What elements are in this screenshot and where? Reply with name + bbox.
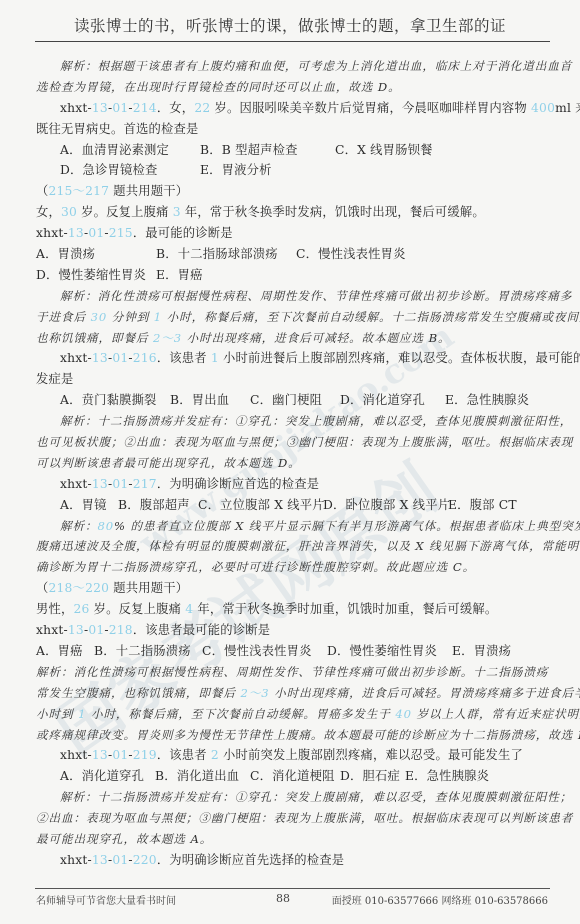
question-line: xhxt-13-01-219．该患者 2 小时前突发上腹部剧烈疼痛，难以忍受。最…: [36, 745, 548, 766]
answer-option: A．胃癌: [36, 641, 94, 662]
highlighted-number: ～: [73, 184, 86, 198]
text-segment: 分钟到: [107, 310, 154, 324]
highlighted-number: 215: [109, 226, 133, 240]
answer-option: E．急性胰腺炎: [405, 766, 495, 787]
text-segment: xhxt-: [36, 623, 68, 637]
answer-options: A．贲门黏膜撕裂B．胃出血C．幽门梗阻D．消化道穿孔E．急性胰腺炎: [36, 390, 548, 411]
answer-option: C．慢性浅表性胃炎: [296, 244, 416, 265]
answer-option: B．胃出血: [170, 390, 250, 411]
question-line: xhxt-13-01-216．该患者 1 小时前进餐后上腹部剧烈疼痛，难以忍受。…: [36, 348, 548, 369]
highlighted-number: 22: [194, 101, 210, 115]
explanation-line: 或疼痛规律改变。胃炎则多为慢性无节律性上腹痛。故本题最可能的诊断应为十二指肠溃疡…: [36, 725, 548, 746]
highlighted-number: 30: [91, 310, 108, 324]
question-line: （215～217 题共用题干）: [36, 181, 548, 202]
explanation-line: 常发生空腹痛，也称饥饿痛，即餐后 2～3 小时出现疼痛，进食后可减轻。胃溃疡疼痛…: [36, 683, 548, 704]
highlighted-number: 13: [92, 748, 108, 762]
highlighted-number: 40: [395, 707, 412, 721]
answer-options: D．慢性萎缩性胃炎E．胃癌: [36, 265, 548, 286]
text-segment: 小时，称餐后痛，至下次餐前自动缓解。十二指肠溃疡常发生空腹痛或夜间痛，: [162, 310, 580, 324]
answer-option: E．胃癌: [156, 265, 256, 286]
question-line: 既往无胃病史。首选的检查是: [36, 119, 548, 140]
explanation-line: 解析：根据题干该患者有上腹灼痛和血便，可考虑为上消化道出血，临床上对于消化道出血…: [36, 56, 548, 77]
explanation-line: ②出血：表现为呕血与黑便；③幽门梗阻：表现为上腹胀满，呕吐。根据临床表现可以判断…: [36, 808, 548, 829]
question-line: xhxt-13-01-218．该患者最可能的诊断是: [36, 620, 548, 641]
answer-option: D．慢性萎缩性胃炎: [327, 641, 452, 662]
highlighted-number: 13: [68, 623, 84, 637]
explanation-line: 腹痛迅速波及全腹，体检有明显的腹膜刺激征，肝浊音界消失，以及 X 线见膈下游离气…: [36, 536, 548, 557]
text-segment: 小时，称餐后痛，至下次餐前自动缓解。胃癌多发生于: [86, 707, 395, 721]
text-segment: 男性，: [36, 602, 74, 616]
highlighted-number: 30: [61, 205, 77, 219]
text-segment: xhxt-: [60, 477, 92, 491]
text-segment: ．该患者: [157, 748, 211, 762]
answer-options: A．胃癌B．十二指肠溃疡C．慢性浅表性胃炎D．慢性萎缩性胃炎E．胃溃疡: [36, 641, 548, 662]
highlighted-number: 13: [92, 351, 108, 365]
text-segment: 也称饥饿痛，即餐后: [36, 331, 153, 345]
text-segment: xhxt-: [60, 351, 92, 365]
highlighted-number: 220: [85, 581, 109, 595]
question-line: xhxt-13-01-217．为明确诊断应首选的检查是: [36, 474, 548, 495]
explanation-line: 小时到 1 小时，称餐后痛，至下次餐前自动缓解。胃癌多发生于 40 岁以上人群，…: [36, 704, 548, 725]
text-segment: 小时出现疼痛，进食后可减轻。胃溃疡疼痛多于进食后半: [270, 686, 580, 700]
text-segment: 小时出现疼痛，进食后可减轻。故本题应选 B。: [182, 331, 450, 345]
highlighted-number: 01: [112, 101, 128, 115]
highlighted-number: 217: [133, 477, 157, 491]
text-segment: 常发生空腹痛，也称饥饿痛，即餐后: [36, 686, 241, 700]
text-segment: 解析：: [60, 519, 97, 533]
highlighted-number: 220: [133, 853, 157, 867]
answer-option: A．消化道穿孔: [60, 766, 155, 787]
text-segment: 小时前进餐后上腹部剧烈疼痛，难以忍受。查体板状腹，最可能的并: [219, 351, 580, 365]
text-segment: xhxt-: [60, 101, 92, 115]
text-segment: 小时前突发上腹部剧烈疼痛，难以忍受。最可能发生了: [219, 748, 523, 762]
text-segment: ．该患者最可能的诊断是: [133, 623, 270, 637]
highlighted-number: 01: [88, 226, 104, 240]
highlighted-number: 2～3: [153, 331, 182, 345]
highlighted-number: 13: [92, 853, 108, 867]
document-body: 解析：根据题干该患者有上腹灼痛和血便，可考虑为上消化道出血，临床上对于消化道出血…: [36, 56, 548, 871]
highlighted-number: 1: [211, 351, 219, 365]
explanation-line: 解析：消化性溃疡可根据慢性病程、周期性发作、节律性疼痛可做出初步诊断。胃溃疡疼痛…: [36, 286, 548, 307]
explanation-line: 确诊断为胃十二指肠溃疡穿孔，必要时可进行诊断性腹腔穿刺。故此题应选 C。: [36, 557, 548, 578]
highlighted-number: 13: [68, 226, 84, 240]
page-header-title: 读张博士的书，听张博士的课，做张博士的题，拿卫生部的证: [0, 14, 580, 36]
answer-options: A．胃镜B．腹部超声C．立位腹部 X 线平片D．卧位腹部 X 线平片E．腹部 C…: [36, 495, 548, 516]
answer-option: C．立位腹部 X 线平片: [198, 495, 323, 516]
text-segment: 于进食后: [36, 310, 91, 324]
text-segment: （: [36, 184, 49, 198]
explanation-line: 解析：十二指肠溃疡并发症有：①穿孔：突发上腹剧痛，难以忍受，查体见腹膜刺激征阳性…: [36, 411, 548, 432]
text-segment: ．最可能的诊断是: [133, 226, 233, 240]
text-segment: 岁。反复上腹痛: [77, 205, 173, 219]
answer-option: C．慢性浅表性胃炎: [202, 641, 327, 662]
answer-option: D．胆石症: [340, 766, 405, 787]
text-segment: % 的患者直立位腹部 X 线平片显示膈下有半月形游离气体。根据患者临床上典型突发: [114, 519, 580, 533]
highlighted-number: ～: [73, 581, 86, 595]
highlighted-number: 26: [74, 602, 90, 616]
question-line: 男性，26 岁。反复上腹痛 4 年，常于秋冬换季时加重，饥饿时加重，餐后可缓解。: [36, 599, 548, 620]
highlighted-number: 2～3: [241, 686, 270, 700]
highlighted-number: 01: [112, 351, 128, 365]
question-line: xhxt-13-01-214．女，22 岁。因服吲哚美辛数片后觉胃痛，今晨呕咖啡…: [36, 98, 548, 119]
explanation-line: 解析：80% 的患者直立位腹部 X 线平片显示膈下有半月形游离气体。根据患者临床…: [36, 516, 548, 537]
explanation-line: 也可见板状腹；②出血：表现为呕血与黑便；③幽门梗阻：表现为上腹胀满，呕吐。根据临…: [36, 432, 548, 453]
explanation-line: 可以判断该患者最可能出现穿孔，故本题选 D。: [36, 453, 548, 474]
text-segment: xhxt-: [60, 748, 92, 762]
text-segment: ．为明确诊断应首选的检查是: [157, 477, 319, 491]
highlighted-number: 218: [49, 581, 73, 595]
text-segment: ．女，: [157, 101, 195, 115]
answer-option: E．腹部 CT: [448, 495, 528, 516]
answer-option: C．幽门梗阻: [250, 390, 340, 411]
answer-option: D．消化道穿孔: [340, 390, 445, 411]
answer-options: A．消化道穿孔B．消化道出血C．消化道梗阻D．胆石症E．急性胰腺炎: [36, 766, 548, 787]
highlighted-number: 216: [133, 351, 157, 365]
answer-option: B．消化道出血: [155, 766, 250, 787]
text-segment: 题共用题干）: [109, 581, 188, 595]
answer-options: A．胃溃疡B．十二指肠球部溃疡C．慢性浅表性胃炎: [36, 244, 548, 265]
highlighted-number: 215: [49, 184, 73, 198]
text-segment: 题共用题干）: [109, 184, 188, 198]
question-line: 女，30 岁。反复上腹痛 3 年，常于秋冬换季时发病，饥饿时出现，餐后可缓解。: [36, 202, 548, 223]
highlighted-number: 01: [112, 853, 128, 867]
highlighted-number: 01: [112, 748, 128, 762]
answer-option: B．十二指肠球部溃疡: [156, 244, 296, 265]
footer-slogan: 名师辅导可节省您大量看书时间: [36, 892, 176, 907]
highlighted-number: 2: [211, 748, 219, 762]
footer-contact: 面授班 010-63577666 网络班 010-63578666: [332, 892, 548, 907]
header-divider: [35, 41, 550, 42]
text-segment: 岁以上人群，常有近来症状明显: [412, 707, 580, 721]
text-segment: （: [36, 581, 49, 595]
document-page: 读张博士的书，听张博士的课，做张博士的题，拿卫生部的证 国家考试网原创 www.…: [0, 0, 580, 924]
text-segment: 岁。因服吲哚美辛数片后觉胃痛，今晨呕咖啡样胃内容物: [210, 101, 531, 115]
answer-option: B．十二指肠溃疡: [94, 641, 202, 662]
answer-options: A．血清胃泌素测定B．B 型超声检查C．X 线胃肠钡餐: [36, 140, 548, 161]
text-segment: ml 来诊。: [555, 101, 580, 115]
highlighted-number: 214: [133, 101, 157, 115]
highlighted-number: 219: [133, 748, 157, 762]
answer-options: D．急诊胃镜检查E．胃液分析: [36, 160, 548, 181]
answer-option: B．B 型超声检查: [200, 140, 335, 161]
highlighted-number: 3: [173, 205, 181, 219]
text-segment: 岁。反复上腹痛: [90, 602, 186, 616]
explanation-line: 解析：消化性溃疡可根据慢性病程、周期性发作、节律性疼痛可做出初步诊断。十二指肠溃…: [36, 662, 548, 683]
answer-option: A．胃镜: [60, 495, 118, 516]
answer-option: B．腹部超声: [118, 495, 198, 516]
answer-option: A．血清胃泌素测定: [60, 140, 200, 161]
highlighted-number: 13: [92, 101, 108, 115]
explanation-line: 于进食后 30 分钟到 1 小时，称餐后痛，至下次餐前自动缓解。十二指肠溃疡常发…: [36, 307, 548, 328]
answer-option: D．急诊胃镜检查: [60, 160, 200, 181]
answer-option: E．胃溃疡: [452, 641, 532, 662]
text-segment: 女，: [36, 205, 61, 219]
explanation-line: 解析：十二指肠溃疡并发症有：①穿孔：突发上腹剧痛，难以忍受，查体见腹膜刺激征阳性…: [36, 787, 548, 808]
answer-option: E．胃液分析: [200, 160, 320, 181]
page-number: 88: [276, 892, 290, 905]
question-line: 发症是: [36, 369, 548, 390]
highlighted-number: 01: [112, 477, 128, 491]
highlighted-number: 400: [531, 101, 555, 115]
explanation-line: 也称饥饿痛，即餐后 2～3 小时出现疼痛，进食后可减轻。故本题应选 B。: [36, 328, 548, 349]
explanation-line: 选检查为胃镜，在出现时行胃镜检查的同时还可以止血，故选 D。: [36, 77, 548, 98]
answer-option: E．急性胰腺炎: [445, 390, 535, 411]
highlighted-number: 217: [85, 184, 109, 198]
answer-option: D．卧位腹部 X 线平片: [323, 495, 448, 516]
highlighted-number: 01: [88, 623, 104, 637]
text-segment: 年，常于秋冬换季时加重，饥饿时加重，餐后可缓解。: [193, 602, 497, 616]
answer-option: A．胃溃疡: [36, 244, 156, 265]
text-segment: xhxt-: [60, 853, 92, 867]
explanation-line: 最可能出现穿孔，故本题选 A。: [36, 829, 548, 850]
question-line: xhxt-13-01-220．为明确诊断应首先选择的检查是: [36, 850, 548, 871]
answer-option: C．消化道梗阻: [250, 766, 340, 787]
text-segment: 小时到: [36, 707, 78, 721]
text-segment: xhxt-: [36, 226, 68, 240]
footer-divider: [35, 888, 550, 889]
answer-option: C．X 线胃肠钡餐: [335, 140, 455, 161]
highlighted-number: 80: [97, 519, 114, 533]
text-segment: 年，常于秋冬换季时发病，饥饿时出现，餐后可缓解。: [181, 205, 485, 219]
question-line: xhxt-13-01-215．最可能的诊断是: [36, 223, 548, 244]
question-line: （218～220 题共用题干）: [36, 578, 548, 599]
highlighted-number: 13: [92, 477, 108, 491]
text-segment: ．为明确诊断应首先选择的检查是: [157, 853, 344, 867]
text-segment: ．该患者: [157, 351, 211, 365]
highlighted-number: 1: [154, 310, 162, 324]
answer-option: D．慢性萎缩性胃炎: [36, 265, 156, 286]
answer-option: A．贲门黏膜撕裂: [60, 390, 170, 411]
highlighted-number: 218: [109, 623, 133, 637]
